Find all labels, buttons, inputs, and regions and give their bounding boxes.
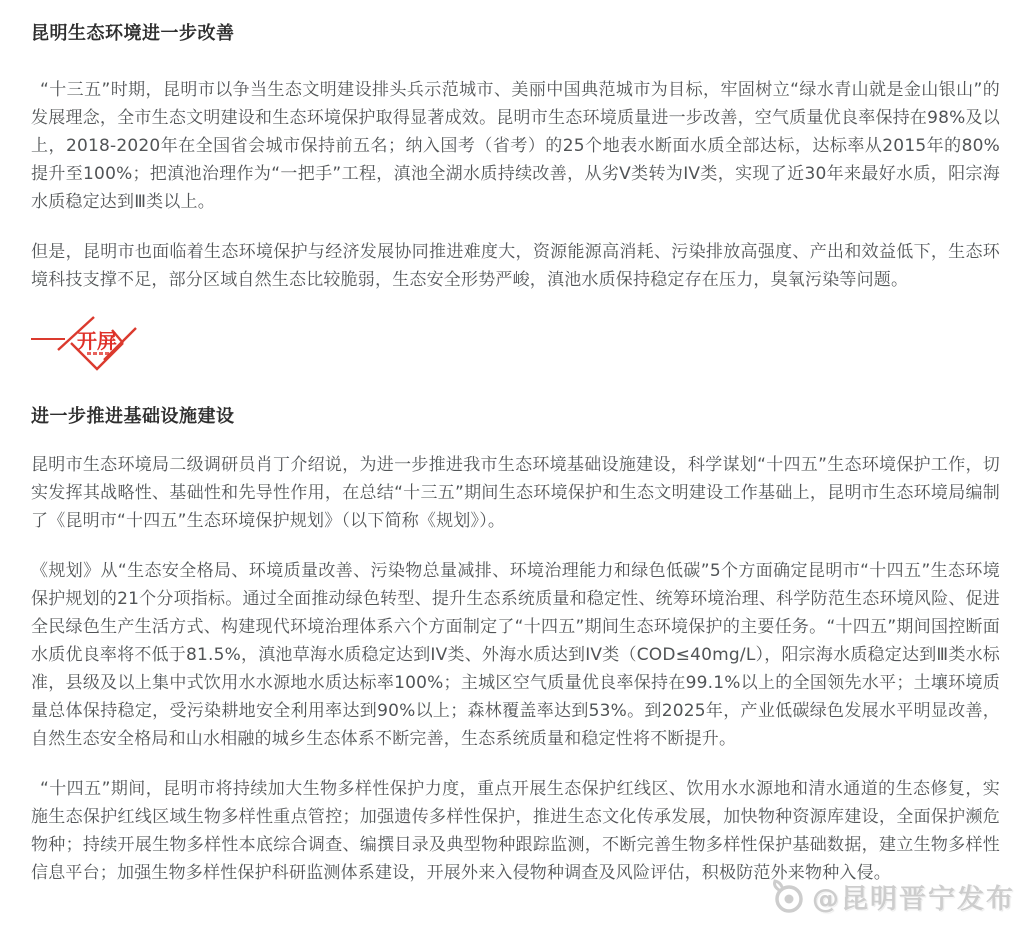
- paragraph-plan-compilation: 昆明市生态环境局二级调研员肖丁介绍说，为进一步推进我市生态环境基础设施建设，科学…: [31, 451, 1000, 535]
- kaiping-news-divider: 开屏: [31, 316, 1000, 394]
- paragraph-plan-targets: 《规划》从“生态安全格局、环境质量改善、污染物总量减排、环境治理能力和绿色低碳”…: [31, 557, 1000, 753]
- paragraph-remaining-challenges: 但是，昆明市也面临着生态环境保护与经济发展协同推进难度大，资源能源高消耗、污染排…: [31, 238, 1000, 294]
- section-heading-environment-improvement: 昆明生态环境进一步改善: [31, 23, 1000, 44]
- kaiping-logo-text: 开屏: [77, 329, 117, 353]
- article: 昆明生态环境进一步改善 “十三五”时期，昆明市以争当生态文明建设排头兵示范城市、…: [0, 0, 1031, 887]
- paragraph-13th-five-year-achievements: “十三五”时期，昆明市以争当生态文明建设排头兵示范城市、美丽中国典范城市为目标，…: [31, 76, 1000, 216]
- page: { "page": { "background": "#ffffff" }, "…: [0, 0, 1031, 926]
- paragraph-biodiversity-protection: “十四五”期间，昆明市将持续加大生物多样性保护力度，重点开展生态保护红线区、饮用…: [31, 775, 1000, 887]
- section-heading-infrastructure: 进一步推进基础设施建设: [31, 406, 1000, 427]
- kaiping-news-divider-graphic: 开屏: [31, 316, 1000, 394]
